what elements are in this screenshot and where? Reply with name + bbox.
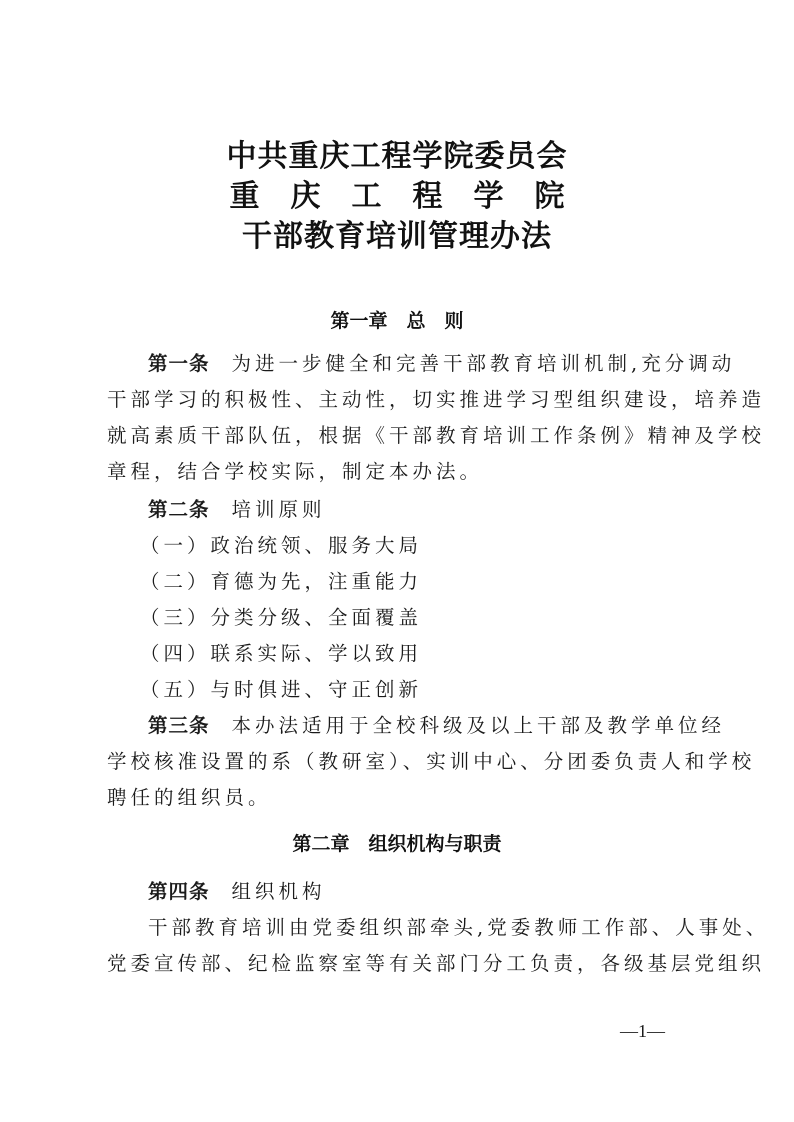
doc-title-line3: 干部教育培训管理办法 — [0, 219, 794, 255]
article-4-heading: 组织机构 — [232, 880, 326, 903]
chapter-heading-2: 第二章 组织机构与职责 — [0, 832, 794, 856]
principle-item-2: （二）育德为先，注重能力 — [140, 570, 730, 594]
article-3-line-1: 第三条本办法适用于全校科级及以上干部及教学单位经 — [148, 714, 738, 738]
article-4-body-line-2: 党委宣传部、纪检监察室等有关部门分工负责，各级基层党组织 — [107, 952, 697, 976]
chapter-heading-1: 第一章 总 则 — [0, 309, 794, 333]
principle-item-1: （一）政治统领、服务大局 — [140, 534, 730, 558]
doc-title-line1: 中共重庆工程学院委员会 — [0, 139, 794, 175]
article-3-line-3: 聘任的组织员。 — [107, 786, 697, 810]
principle-item-5: （五）与时俱进、守正创新 — [140, 678, 730, 702]
doc-title-line2: 重庆工程学院 — [0, 179, 794, 215]
article-4-body-line-1: 干部教育培训由党委组织部牵头,党委教师工作部、人事处、 — [148, 916, 738, 940]
principle-item-3: （三）分类分级、全面覆盖 — [140, 606, 730, 630]
article-1-line-1: 第一条为进一步健全和完善干部教育培训机制,充分调动 — [148, 352, 738, 376]
article-4-label: 第四条 — [148, 880, 210, 903]
principle-item-4: （四）联系实际、学以致用 — [140, 642, 730, 666]
page-number: —1— — [620, 1021, 665, 1042]
article-1-line-4: 章程，结合学校实际，制定本办法。 — [107, 460, 697, 484]
article-3-text: 本办法适用于全校科级及以上干部及教学单位经 — [232, 714, 726, 737]
article-1-line-2: 干部学习的积极性、主动性，切实推进学习型组织建设，培养造 — [107, 388, 697, 412]
article-2-heading: 培训原则 — [232, 498, 326, 521]
article-2-line: 第二条培训原则 — [148, 498, 738, 522]
article-2-label: 第二条 — [148, 498, 210, 521]
article-3-label: 第三条 — [148, 714, 210, 737]
article-1-label: 第一条 — [148, 352, 210, 375]
article-1-line-3: 就高素质干部队伍，根据《干部教育培训工作条例》精神及学校 — [107, 424, 697, 448]
article-3-line-2: 学校核准设置的系（教研室）、实训中心、分团委负责人和学校 — [107, 750, 697, 774]
article-1-text: 为进一步健全和完善干部教育培训机制,充分调动 — [232, 352, 736, 375]
article-4-line: 第四条组织机构 — [148, 880, 738, 904]
